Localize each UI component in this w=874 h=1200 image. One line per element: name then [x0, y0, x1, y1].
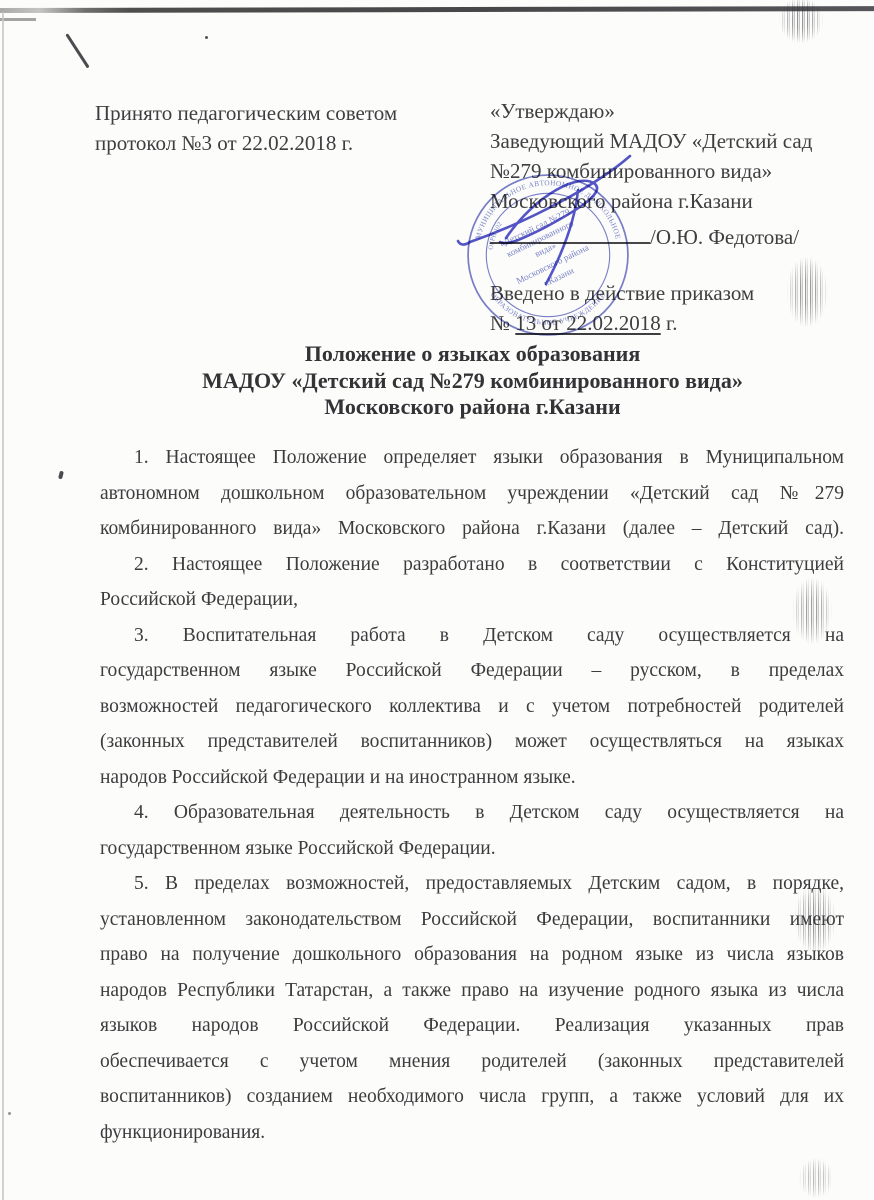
paragraph-5-line: 5. В пределах возможностей, предоставляе… — [100, 866, 844, 902]
paragraph-1-line: 1. Настоящее Положение определяет языки … — [100, 440, 844, 476]
signature-stroke — [546, 190, 578, 284]
paragraph-3-line: возможностей педагогического коллектива … — [100, 689, 844, 725]
paragraph-5-line: функционирования. — [100, 1115, 844, 1151]
accepted-block: Принято педагогическим советом протокол … — [95, 98, 397, 158]
paragraph-4-line: 4. Образовательная деятельность в Детско… — [100, 795, 844, 831]
paragraph-5-line: обеспечивается с учетом мнения родителей… — [100, 1044, 844, 1080]
scan-left-edge-artifact — [2, 12, 4, 1200]
document-title: Положение о языках образования МАДОУ «Де… — [100, 341, 845, 421]
title-line: Московского района г.Казани — [100, 394, 845, 421]
scanned-document-page: Принято педагогическим советом протокол … — [0, 0, 874, 1200]
paragraph-3-line: 3. Воспитательная работа в Детском саду … — [100, 618, 844, 654]
paragraph-5-line: установленном законодательством Российск… — [100, 902, 844, 938]
accepted-line: протокол №3 от 22.02.2018 г. — [95, 128, 397, 158]
paragraph-1-line: автономном дошкольном образовательном уч… — [100, 476, 844, 512]
stamp-ring-bottom-textpath: ОБРАЗОВАТЕЛЬНОЕ УЧРЕЖДЕНИЕ — [489, 291, 607, 327]
stamp-ring-bottom-text: ОБРАЗОВАТЕЛЬНОЕ УЧРЕЖДЕНИЕ — [489, 291, 607, 327]
order-number-suffix: г. — [661, 311, 678, 335]
scan-smudge-artifact — [793, 1152, 839, 1200]
paragraph-4-line: государственном языке Российской Федерац… — [100, 831, 844, 867]
signature-graphic — [448, 142, 653, 294]
paragraph-5-line: народов Республики Татарстан, а также пр… — [100, 973, 844, 1009]
scan-top-edge-artifact — [0, 6, 874, 13]
scan-corner-artifact — [0, 18, 36, 21]
paragraph-3-line: (законных представителей воспитанников) … — [100, 724, 844, 760]
paragraph-3-line: народов Российской Федерации и на иностр… — [100, 760, 844, 796]
approval-line: «Утверждаю» — [490, 96, 868, 126]
speck-artifact — [8, 1112, 11, 1115]
handwritten-signature — [448, 142, 653, 294]
document-body: 1. Настоящее Положение определяет языки … — [100, 440, 844, 1150]
accepted-line: Принято педагогическим советом — [95, 98, 397, 128]
speck-artifact — [58, 471, 64, 480]
paragraph-5-line: языков народов Российской Федерации. Реа… — [100, 1008, 844, 1044]
paragraph-5-line: воспитанников) созданием необходимого чи… — [100, 1079, 844, 1115]
paragraph-3-line: государственном языке Российской Федерац… — [100, 653, 844, 689]
speck-artifact — [205, 36, 208, 39]
signatory-name: /О.Ю. Федотова/ — [650, 225, 799, 249]
paragraph-2-line: 2. Настоящее Положение разработано в соо… — [100, 547, 844, 583]
scan-smudge-artifact — [772, 0, 830, 50]
paragraph-2-line: Российской Федерации, — [100, 582, 844, 618]
pen-stroke-artifact — [65, 34, 89, 69]
paragraph-5-line: право на получение дошкольного образован… — [100, 937, 844, 973]
title-line: МАДОУ «Детский сад №279 комбинированного… — [100, 368, 845, 395]
paragraph-1-line: комбинированного вида» Московского район… — [100, 511, 844, 547]
title-line: Положение о языках образования — [100, 341, 845, 368]
signature-stroke — [470, 156, 630, 242]
signature-stroke — [458, 241, 470, 245]
